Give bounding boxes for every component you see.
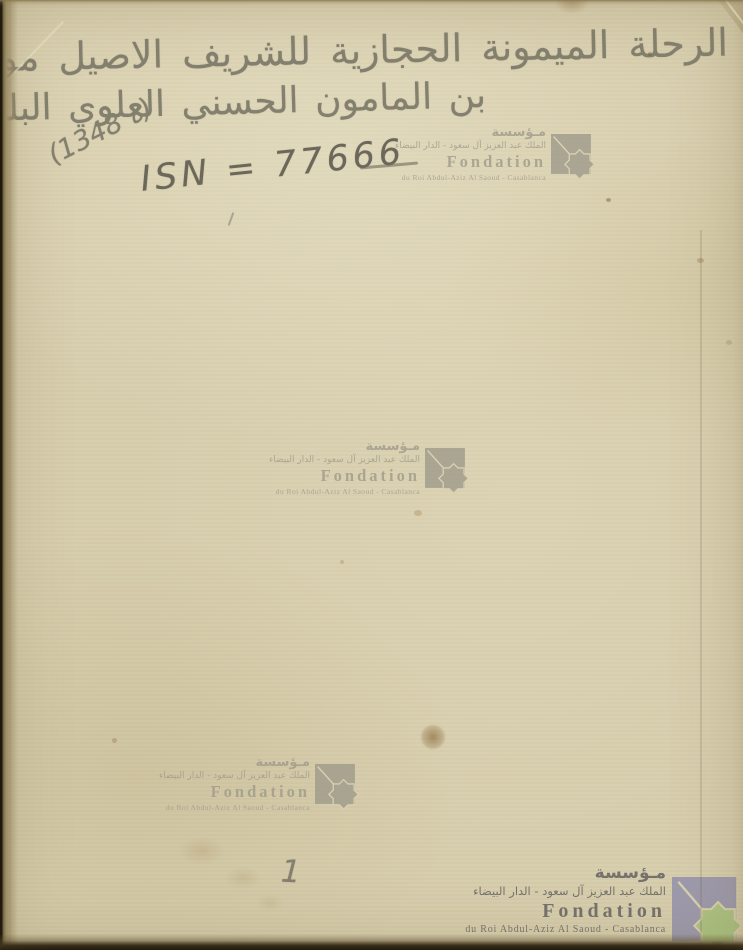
stamp-org-line-arabic: الملك عبد العزيز آل سعود - الدار البيضاء [374, 141, 546, 152]
stain [256, 894, 284, 912]
page-edge-left [0, 0, 18, 950]
stain [726, 340, 732, 345]
stain [606, 198, 611, 202]
stamp-org-name-french: Fondation [374, 153, 546, 172]
stain [178, 836, 226, 866]
stain [340, 560, 344, 564]
stain [112, 738, 117, 743]
pencil-mark [228, 212, 235, 226]
stamp-org-line-french: du Roi Abdul-Aziz Al Saoud - Casablanca [138, 803, 310, 812]
foundation-watermark-middle: مـؤسسة الملك عبد العزيز آل سعود - الدار … [248, 440, 471, 496]
stamp-org-line-arabic: الملك عبد العزيز آل سعود - الدار البيضاء [248, 455, 420, 466]
stamp-org-name-french: Fondation [248, 467, 420, 486]
manuscript-scan-page: الرحلة الميمونة الحجازية للشريف الاصيل م… [0, 0, 743, 950]
stamp-org-name-arabic: مـؤسسة [374, 126, 546, 140]
foundation-logo-icon [551, 134, 597, 180]
stamp-org-name-arabic: مـؤسسة [138, 756, 310, 770]
foundation-watermark-top-right: مـؤسسة الملك عبد العزيز آل سعود - الدار … [374, 126, 597, 182]
stamp-org-name-arabic: مـؤسسة [451, 864, 666, 883]
stamp-org-line-french: du Roi Abdul-Aziz Al Saoud - Casablanca [248, 487, 420, 496]
foundation-watermark-lower-left: مـؤسسة الملك عبد العزيز آل سعود - الدار … [138, 756, 361, 812]
stamp-org-line-french: du Roi Abdul-Aziz Al Saoud - Casablanca [451, 924, 666, 935]
stain [420, 724, 446, 750]
stamp-org-name-arabic: مـؤسسة [248, 440, 420, 454]
stain [224, 866, 262, 890]
stamp-org-line-arabic: الملك عبد العزيز آل سعود - الدار البيضاء [138, 771, 310, 782]
stamp-org-name-french: Fondation [451, 899, 666, 923]
handwritten-page-number: 1 [280, 854, 302, 891]
stain [414, 510, 422, 516]
stamp-org-line-arabic: الملك عبد العزيز آل سعود - الدار البيضاء [451, 884, 666, 899]
stamp-org-line-french: du Roi Abdul-Aziz Al Saoud - Casablanca [374, 173, 546, 182]
foundation-logo-icon [315, 764, 361, 810]
stamp-org-name-french: Fondation [138, 783, 310, 802]
foundation-logo-icon [425, 448, 471, 494]
page-edge-line [700, 230, 702, 944]
page-edge-top [0, 0, 743, 6]
page-edge-bottom [0, 934, 743, 950]
